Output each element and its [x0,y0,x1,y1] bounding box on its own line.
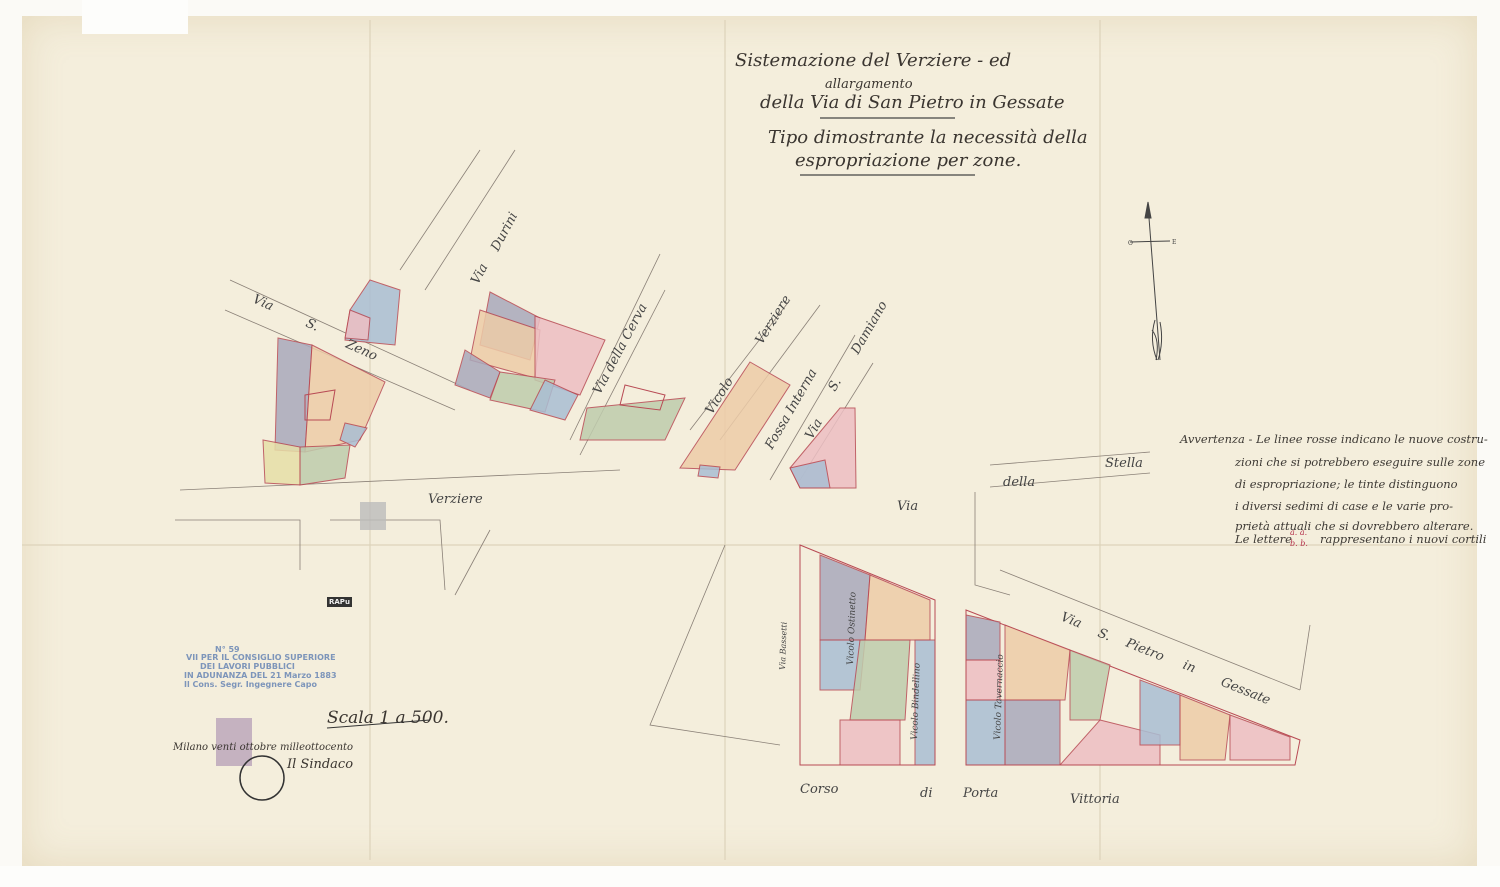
svg-text:prietà attuali che si dovrebbe: prietà attuali che si dovrebbero alterar… [1235,519,1473,533]
svg-text:Via: Via [897,499,918,514]
title-block: Sistemazione del Verziere - ed allargame… [735,50,1088,175]
svg-text:Vittoria: Vittoria [1070,792,1120,807]
svg-text:Avvertenza - Le linee rosse in: Avvertenza - Le linee rosse indicano le … [1179,432,1488,446]
title-line5: espropriazione per zone. [795,150,1021,171]
title-line2: allargamento [825,77,913,92]
legend-note: Avvertenza - Le linee rosse indicano le … [1179,432,1488,548]
title-line1: Sistemazione del Verziere - ed [735,50,1011,71]
svg-text:S.: S. [1096,626,1113,645]
svg-text:E: E [1172,239,1176,246]
svg-text:Durini: Durini [488,210,521,255]
svg-text:di espropriazione; le tinte di: di espropriazione; le tinte distinguono [1235,477,1458,491]
svg-text:Porta: Porta [962,786,998,801]
svg-text:IN ADUNANZA DEL 21 Marzo 1883: IN ADUNANZA DEL 21 Marzo 1883 [184,671,337,680]
municipal-seal-icon [240,756,284,800]
svg-text:Le lettere: Le lettere [1234,532,1292,546]
svg-text:DEI LAVORI PUBBLICI: DEI LAVORI PUBBLICI [200,662,295,671]
svg-text:Via: Via [1059,610,1084,632]
svg-text:Corso: Corso [800,782,839,797]
svg-text:Verziere: Verziere [428,492,483,507]
svg-text:a. a.: a. a. [1290,528,1307,537]
svg-text:della: della [1003,475,1035,490]
svg-text:b. b.: b. b. [1290,539,1308,548]
svg-text:Stella: Stella [1105,456,1143,471]
compass-arrow-icon: O E [1128,202,1176,360]
svg-text:Via: Via [250,292,275,314]
svg-text:Verziere: Verziere [753,293,795,348]
block-durini [455,292,685,440]
svg-text:rappresentano i nuovi cortili: rappresentano i nuovi cortili [1320,532,1487,546]
title-line3: della Via di San Pietro in Gessate [760,92,1065,113]
title-line4: Tipo dimostrante la necessità della [768,127,1088,148]
archive-tag: RAPu [327,597,352,607]
svg-text:VII PER IL CONSIGLIO SUPERIORE: VII PER IL CONSIGLIO SUPERIORE [186,653,336,662]
svg-text:Gessate: Gessate [1219,675,1273,709]
scale-label: Scala 1 a 500. [327,708,449,728]
svg-text:Pietro: Pietro [1123,635,1167,664]
signature-milano: Milano venti ottobre milleottocento [172,742,353,753]
svg-text:Via Bassetti: Via Bassetti [778,621,789,670]
svg-text:Il Cons. Segr. Ingegnere Capo: Il Cons. Segr. Ingegnere Capo [184,680,318,689]
svg-text:Damiano: Damiano [848,299,891,358]
svg-text:O: O [1128,240,1133,247]
svg-text:S.: S. [825,376,844,394]
svg-text:i diversi sedimi di case e le: i diversi sedimi di case e le varie pro- [1235,499,1453,513]
approval-stamp: N° 59 VII PER IL CONSIGLIO SUPERIORE DEI… [184,645,337,689]
svg-text:in: in [1181,658,1198,677]
svg-text:di: di [920,786,932,801]
archive-stamp [360,502,386,530]
svg-text:Via: Via [468,261,491,287]
cadastral-map: Sistemazione del Verziere - ed allargame… [0,0,1500,887]
block-szeno [263,280,400,485]
svg-text:zioni che si potrebbero esegui: zioni che si potrebbero eseguire sulle z… [1234,455,1485,469]
signature-sindaco: Il Sindaco [286,757,353,772]
svg-text:S.: S. [303,316,321,335]
